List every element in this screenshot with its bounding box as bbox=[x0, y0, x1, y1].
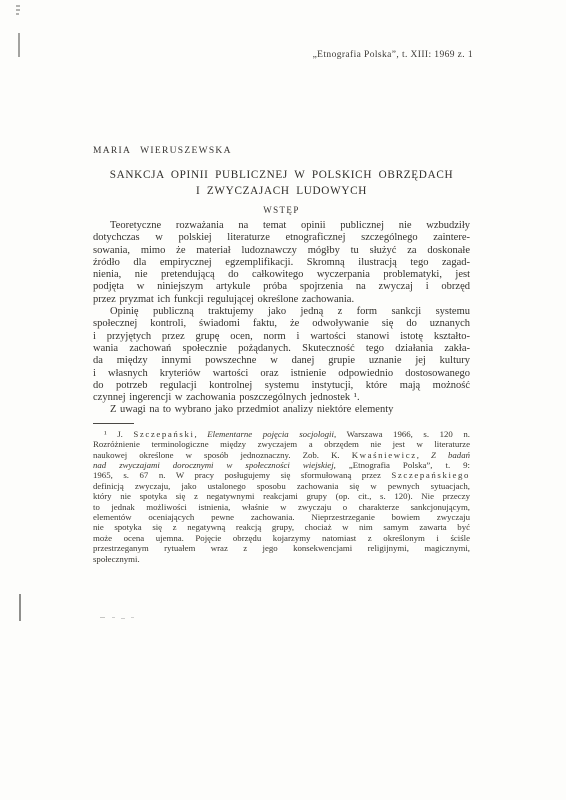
text-line: naukowej określone w sposób jednoznaczny… bbox=[93, 450, 470, 460]
scan-artifact-line bbox=[19, 594, 21, 621]
scan-artifact-dot bbox=[112, 617, 115, 618]
text-line: wania zachowań społecznie pożądanych. Sk… bbox=[93, 343, 470, 355]
paragraph-2: Opinię publiczną traktujemy jako jedną z… bbox=[93, 306, 470, 404]
scan-artifact-dot bbox=[131, 617, 134, 618]
section-heading: WSTĘP bbox=[93, 205, 470, 215]
text-line: Teoretyczne rozważania na temat opinii p… bbox=[93, 220, 470, 232]
text-line: sowania, mimo że materiał ludoznawczy mó… bbox=[93, 245, 470, 257]
scan-artifact-mark bbox=[16, 5, 20, 7]
text-line: do potrzeb regulacji kontrolnej systemu … bbox=[93, 380, 470, 392]
text-line: źródło dla empirycznej egzemplifikacji. … bbox=[93, 257, 470, 269]
footnote-1: ¹ J. Szczepański, Elementarne pojęcia so… bbox=[93, 429, 470, 564]
text-line: podjęta w niniejszym artykule próba spoj… bbox=[93, 281, 470, 293]
text-line: da między innymi powszechne w danej grup… bbox=[93, 355, 470, 367]
text-line: Opinię publiczną traktujemy jako jedną z… bbox=[93, 306, 470, 318]
text-line: przestrzeganym rytuałem wraz z jego kons… bbox=[93, 543, 470, 553]
text-line: definicją zwyczaju, jako ustalonego spos… bbox=[93, 481, 470, 491]
text-line: czynnej ingerencji w zachowania poszczeg… bbox=[93, 392, 470, 404]
scan-artifact-mark bbox=[16, 9, 20, 11]
footnote-separator bbox=[93, 423, 134, 424]
journal-running-head: „Etnografia Polska”, t. XIII: 1969 z. 1 bbox=[313, 50, 473, 60]
article-title-line2: I ZWYCZAJACH LUDOWYCH bbox=[93, 184, 470, 200]
text-line: elementów oceniających pewne zachowania.… bbox=[93, 512, 470, 522]
scan-artifact-dot bbox=[100, 617, 105, 618]
text-line: nie spotyka się z negatywną reakcją grup… bbox=[93, 522, 470, 532]
article-title: SANKCJA OPINII PUBLICZNEJ W POLSKICH OBR… bbox=[93, 168, 470, 199]
text-line: społecznej kontroli, świadomi faktu, że … bbox=[93, 318, 470, 330]
text-line: Z uwagi na to wybrano jako przedmiot ana… bbox=[93, 404, 470, 416]
text-line: który nie spotyka się z negatywnymi reak… bbox=[93, 491, 470, 501]
text-line: społecznymi. bbox=[93, 554, 470, 564]
author-name: MARIA WIERUSZEWSKA bbox=[93, 146, 232, 156]
scan-artifact-dot bbox=[121, 618, 125, 619]
text-line: przez pryzmat ich funkcji regulującej ok… bbox=[93, 294, 470, 306]
scan-artifact-mark bbox=[16, 13, 19, 15]
scan-artifact-line bbox=[18, 33, 20, 57]
text-line: i własnych kryteriów wartości oraz istni… bbox=[93, 368, 470, 380]
article-title-line1: SANKCJA OPINII PUBLICZNEJ W POLSKICH OBR… bbox=[93, 168, 470, 184]
text-column: Teoretyczne rozważania na temat opinii p… bbox=[93, 220, 470, 564]
paragraph-3: Z uwagi na to wybrano jako przedmiot ana… bbox=[93, 404, 470, 416]
text-line: Rozróżnienie terminologiczne między zwyc… bbox=[93, 439, 470, 449]
text-line: ¹ J. Szczepański, Elementarne pojęcia so… bbox=[93, 429, 470, 439]
text-line: nad zwyczajami dorocznymi w społeczności… bbox=[93, 460, 470, 470]
text-line: to jednak możliwości istnienia, właśnie … bbox=[93, 502, 470, 512]
paragraph-1: Teoretyczne rozważania na temat opinii p… bbox=[93, 220, 470, 306]
text-line: i przyjętych przez grupę ocen, norm i wa… bbox=[93, 331, 470, 343]
scanned-journal-page: „Etnografia Polska”, t. XIII: 1969 z. 1 … bbox=[0, 0, 566, 800]
text-line: 1965, s. 67 n. W pracy posługujemy się s… bbox=[93, 470, 470, 480]
text-line: może ocena ujemna. Pojęcie obrzędu kojar… bbox=[93, 533, 470, 543]
text-line: dotychczas w polskiej literaturze etnogr… bbox=[93, 232, 470, 244]
text-line: nienia, nie pretendującą do całkowitego … bbox=[93, 269, 470, 281]
